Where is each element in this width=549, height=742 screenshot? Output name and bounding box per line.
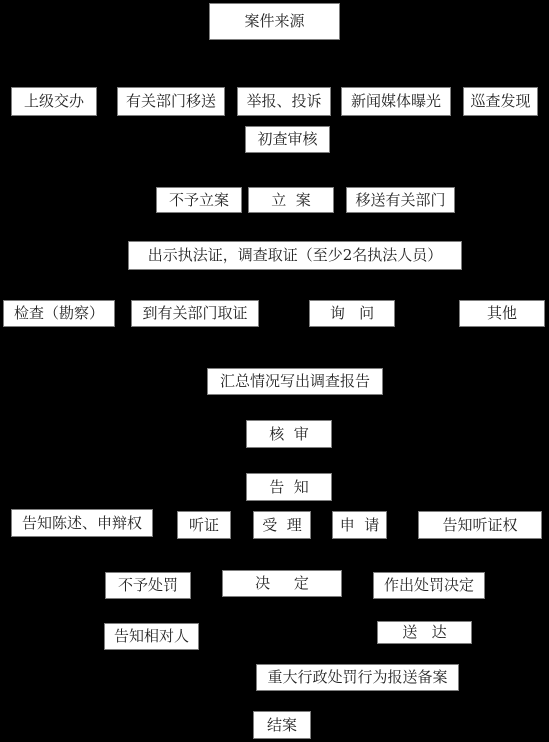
node-dept-evidence: 到有关部门取证	[131, 300, 259, 327]
node-patrol-discovery: 巡查发现	[463, 87, 538, 116]
node-notify-defense-rights: 告知陈述、申辩权	[11, 509, 153, 537]
node-filing: 立 案	[248, 187, 334, 213]
node-major-penalty-filing: 重大行政处罚行为报送备案	[256, 664, 459, 691]
node-inquiry: 询 问	[309, 300, 395, 327]
node-dept-transfer-in: 有关部门移送	[117, 87, 225, 116]
node-superior-assignment: 上级交办	[11, 87, 97, 116]
node-media-exposure: 新闻媒体曝光	[341, 87, 451, 116]
node-accept: 受 理	[253, 511, 311, 539]
node-investigation-report: 汇总情况写出调查报告	[207, 368, 383, 395]
node-report-complaint: 举报、投诉	[237, 87, 331, 116]
node-preliminary-review: 初查审核	[245, 126, 330, 153]
node-inspection: 检查（勘察）	[3, 300, 115, 327]
node-investigation: 出示执法证，调查取证（至少2名执法人员）	[128, 241, 462, 270]
node-decision: 决 定	[222, 570, 342, 597]
node-no-penalty: 不予处罚	[105, 572, 191, 599]
node-review: 核 审	[246, 420, 332, 448]
node-notify-hearing-rights: 告知听证权	[418, 511, 542, 539]
node-hearing: 听证	[177, 511, 231, 539]
node-delivery: 送 达	[377, 621, 472, 644]
node-transfer-to-dept: 移送有关部门	[346, 187, 455, 213]
node-notify: 告 知	[246, 473, 332, 501]
node-apply: 申 请	[332, 511, 387, 539]
node-no-filing: 不予立案	[156, 187, 242, 213]
node-case-source: 案件来源	[209, 3, 340, 40]
node-notify-party: 告知相对人	[104, 623, 199, 650]
node-case-closed: 结案	[253, 711, 311, 739]
node-other: 其他	[459, 300, 545, 327]
node-penalty-decision: 作出处罚决定	[373, 572, 485, 599]
